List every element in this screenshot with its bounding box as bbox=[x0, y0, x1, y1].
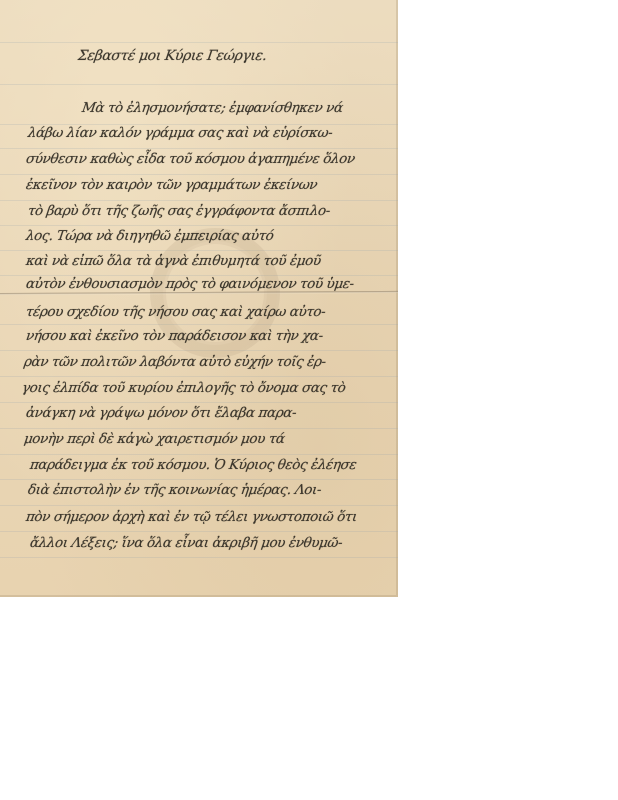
ruled-line bbox=[0, 428, 398, 429]
letter-line-7: καὶ νὰ εἰπῶ ὅλα τὰ ἁγνὰ ἐπιθυμητά τοῦ ἐμ… bbox=[25, 253, 322, 269]
letter-line-12: γοις ἐλπίδα τοῦ κυρίου ἐπιλογῆς τὸ ὄνομα… bbox=[21, 380, 347, 396]
letter-line-1: Μὰ τὸ ἐλησμονήσατε; ἐμφανίσθηκεν νά bbox=[81, 100, 344, 116]
letter-line-16: διὰ ἐπιστολὴν ἐν τῆς κοινωνίας ἡμέρας. Λ… bbox=[27, 482, 322, 498]
document-viewer: Σεβαστέ μοι Κύριε Γεώργιε. Μὰ τὸ ἐλησμον… bbox=[0, 0, 618, 800]
ruled-line bbox=[0, 479, 398, 480]
letter-line-10: νήσου καὶ ἐκεῖνο τὸν παράδεισον καὶ τὴν … bbox=[25, 328, 324, 344]
ruled-line bbox=[0, 454, 398, 455]
letter-line-9: τέρου σχεδίου τῆς νήσου σας καὶ χαίρω αὐ… bbox=[25, 304, 327, 320]
ruled-line bbox=[0, 225, 398, 226]
letter-line-15: παράδειγμα ἐκ τοῦ κόσμου. Ὁ Κύριος θεὸς … bbox=[29, 457, 358, 473]
ruled-line bbox=[0, 376, 398, 377]
ruled-line bbox=[0, 505, 398, 506]
letter-line-4: ἐκεῖνον τὸν καιρὸν τῶν γραμμάτων ἐκείνων bbox=[25, 177, 318, 193]
letter-line-6: λος. Τώρα νὰ διηγηθῶ ἐμπειρίας αὐτό bbox=[25, 228, 275, 244]
ruled-line bbox=[0, 42, 398, 43]
letter-line-11: ρὰν τῶν πολιτῶν λαβόντα αὐτὸ εὐχήν τοῖς … bbox=[23, 354, 327, 370]
letter-line-8: αὐτὸν ἐνθουσιασμὸν πρὸς τὸ φαινόμενον το… bbox=[25, 276, 355, 292]
ruled-line bbox=[0, 148, 398, 149]
letter-line-14: μονὴν περὶ δὲ κἀγὼ χαιρετισμόν μου τά bbox=[23, 431, 286, 447]
letter-line-2: λάβω λίαν καλόν γράμμα σας καὶ νὰ εὑρίσκ… bbox=[27, 125, 334, 141]
ruled-line bbox=[0, 531, 398, 532]
ruled-line bbox=[0, 174, 398, 175]
letter-line-18: ἄλλοι Λέξεις; ἵνα ὅλα εἶναι ἀκριβῆ μου ἐ… bbox=[29, 535, 344, 551]
salutation: Σεβαστέ μοι Κύριε Γεώργιε. bbox=[77, 48, 268, 64]
ruled-line bbox=[0, 402, 398, 403]
ruled-line bbox=[0, 557, 398, 558]
letter-line-13: ἀνάγκη νὰ γράψω μόνον ὅτι ἔλαβα παρα- bbox=[25, 405, 297, 421]
ruled-line bbox=[0, 200, 398, 201]
ruled-line bbox=[0, 84, 398, 85]
letter-page: Σεβαστέ μοι Κύριε Γεώργιε. Μὰ τὸ ἐλησμον… bbox=[0, 0, 398, 597]
letter-line-5: τὸ βαρὺ ὅτι τῆς ζωῆς σας ἐγγράφοντα ἄσπι… bbox=[27, 203, 331, 219]
letter-line-3: σύνθεσιν καθὼς εἶδα τοῦ κόσμου ἀγαπημένε… bbox=[25, 151, 356, 167]
letter-line-17: πὸν σήμερον ἀρχὴ καὶ ἐν τῷ τέλει γνωστοπ… bbox=[25, 509, 358, 525]
